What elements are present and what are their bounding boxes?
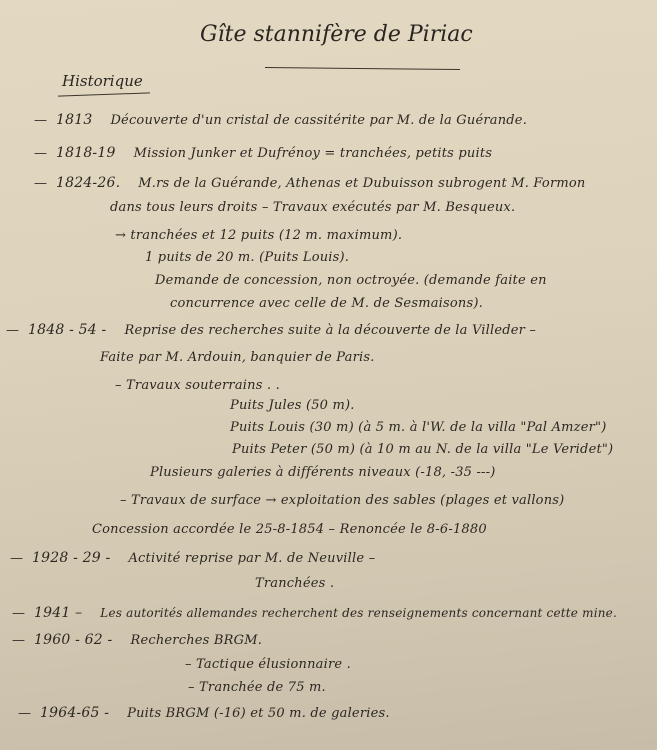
entry-1818: —1818-19Mission Junker et Dufrénoy = tra… — [34, 145, 492, 161]
entry-1928: —1928 - 29 -Activité reprise par M. de N… — [10, 550, 375, 566]
entry-line: Puits Peter (50 m) (à 10 m au N. de la v… — [232, 442, 613, 457]
entry-text: Les autorités allemandes recherchent des… — [100, 606, 617, 620]
entry-line: concurrence avec celle de M. de Sesmaiso… — [170, 296, 483, 311]
entry-1960: —1960 - 62 -Recherches BRGM. — [12, 632, 262, 648]
entry-text: M.rs de la Guérande, Athenas et Dubuisso… — [138, 176, 585, 191]
section-heading: Historique — [62, 72, 143, 90]
entry-line: dans tous leurs droits – Travaux exécuté… — [110, 200, 515, 215]
entry-text: Activité reprise par M. de Neuville – — [128, 551, 375, 566]
entry-year: 1824-26. — [56, 175, 120, 191]
entry-year: 1813 — [56, 112, 92, 128]
entry-line: – Travaux de surface → exploitation des … — [120, 493, 564, 508]
entry-text: Puits BRGM (-16) et 50 m. de galeries. — [127, 706, 390, 721]
entry-year: 1941 – — [34, 605, 82, 621]
entry-text: Reprise des recherches suite à la découv… — [124, 323, 536, 338]
title-underline — [265, 67, 460, 70]
entry-line: → tranchées et 12 puits (12 m. maximum). — [115, 228, 402, 243]
entry-line: Plusieurs galeries à différents niveaux … — [150, 465, 496, 480]
entry-line: – Tranchée de 75 m. — [188, 680, 326, 695]
entry-text: Découverte d'un cristal de cassitérite p… — [110, 113, 527, 128]
entry-year: 1928 - 29 - — [32, 550, 110, 566]
entry-line: – Travaux souterrains . . — [115, 378, 280, 393]
entry-1848: —1848 - 54 -Reprise des recherches suite… — [6, 322, 536, 338]
entry-1964: —1964-65 -Puits BRGM (-16) et 50 m. de g… — [18, 705, 390, 721]
entry-line: – Tactique élusionnaire . — [185, 657, 351, 672]
entry-1813: —1813Découverte d'un cristal de cassitér… — [34, 112, 527, 128]
entry-year: 1960 - 62 - — [34, 632, 112, 648]
entry-line: Concession accordée le 25-8-1854 – Renon… — [92, 522, 487, 537]
entry-year: 1848 - 54 - — [28, 322, 106, 338]
entry-1824: —1824-26.M.rs de la Guérande, Athenas et… — [34, 175, 586, 191]
section-underline — [58, 92, 150, 96]
entry-line: Puits Louis (30 m) (à 5 m. à l'W. de la … — [230, 420, 607, 435]
document-title: Gîte stannifère de Piriac — [200, 22, 473, 47]
entry-text: Recherches BRGM. — [130, 633, 262, 648]
entry-line: Tranchées . — [255, 576, 334, 591]
entry-line: 1 puits de 20 m. (Puits Louis). — [145, 250, 349, 265]
entry-year: 1964-65 - — [40, 705, 109, 721]
entry-line: Demande de concession, non octroyée. (de… — [155, 273, 547, 288]
entry-1941: —1941 –Les autorités allemandes recherch… — [12, 605, 617, 621]
entry-line: Puits Jules (50 m). — [230, 398, 355, 413]
entry-year: 1818-19 — [56, 145, 116, 161]
entry-text: Mission Junker et Dufrénoy = tranchées, … — [134, 146, 493, 161]
entry-line: Faite par M. Ardouin, banquier de Paris. — [100, 350, 375, 365]
handwritten-page: Gîte stannifère de Piriac Historique —18… — [0, 0, 657, 750]
